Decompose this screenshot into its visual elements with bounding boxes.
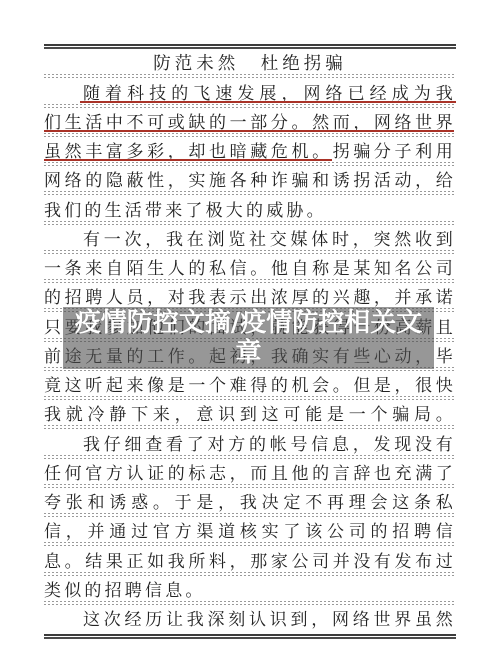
line-text: 的招聘人员，对我表示出浓厚的兴趣，并承诺 xyxy=(44,290,456,307)
line-text: 有一次，我在浏览社交媒体时，突然收到 xyxy=(83,232,456,249)
watermark-text-line1: 疫情防控文摘/疫情防控相关文 xyxy=(75,308,423,338)
line-text: 类似的招聘信息。 xyxy=(44,583,456,600)
line-text: 虽然丰富多彩，却也暗藏危机。拐骗分子利用 xyxy=(44,144,456,161)
line-text: 我仔细查看了对方的帐号信息，发现没有 xyxy=(83,437,456,454)
text-line: 这次经历让我深刻认识到，网络世界虽然 xyxy=(44,605,456,634)
text-line: 虽然丰富多彩，却也暗藏危机。拐骗分子利用 xyxy=(44,137,456,166)
text-line: 们生活中不可或缺的一部分。然而，网络世界 xyxy=(44,108,456,137)
text-line: 随着科技的飞速发展，网络已经成为我 xyxy=(44,78,456,107)
text-line: 网络的隐蔽性，实施各种诈骗和诱拐活动，给 xyxy=(44,166,456,195)
text-line: 夸张和诱惑。于是，我决定不再理会这条私 xyxy=(44,488,456,517)
line-text: 竟这听起来像是一个难得的机会。但是，很快 xyxy=(44,378,456,395)
watermark-overlay: 疫情防控文摘/疫情防控相关文 章 xyxy=(63,307,434,369)
watermark-text-line2: 章 xyxy=(235,338,261,368)
bottom-rule xyxy=(44,634,456,639)
line-text: 任何官方认证的标志，而且他的言辞也充满了 xyxy=(44,466,456,483)
line-text: 网络的隐蔽性，实施各种诈骗和诱拐活动，给 xyxy=(44,173,456,190)
text-line: 类似的招聘信息。 xyxy=(44,576,456,605)
line-text: 随着科技的飞速发展，网络已经成为我 xyxy=(83,86,456,103)
text-line: 我们的生活带来了极大的威胁。 xyxy=(44,195,456,224)
text-line: 任何官方认证的标志，而且他的言辞也充满了 xyxy=(44,459,456,488)
text-line: 我就冷静下来，意识到这可能是一个骗局。 xyxy=(44,400,456,429)
line-text: 一条来自陌生人的私信。他自称是某知名公司 xyxy=(44,261,456,278)
line-text: 息。结果正如我所料，那家公司并没有发布过 xyxy=(44,554,456,571)
line-text: 信，并通过官方渠道核实了该公司的招聘信 xyxy=(44,524,456,541)
text-line: 竟这听起来像是一个难得的机会。但是，很快 xyxy=(44,371,456,400)
text-line: 信，并通过官方渠道核实了该公司的招聘信 xyxy=(44,517,456,546)
line-text: 这次经历让我深刻认识到，网络世界虽然 xyxy=(83,612,456,629)
text-line: 我仔细查看了对方的帐号信息，发现没有 xyxy=(44,429,456,458)
line-text: 我就冷静下来，意识到这可能是一个骗局。 xyxy=(44,407,456,424)
line-text: 们生活中不可或缺的一部分。然而，网络世界 xyxy=(44,115,456,132)
text-line: 一条来自陌生人的私信。他自称是某知名公司 xyxy=(44,254,456,283)
text-line: 有一次，我在浏览社交媒体时，突然收到 xyxy=(44,225,456,254)
page-title-row: 防范未然 杜绝拐骗 xyxy=(44,49,456,78)
text-line: 息。结果正如我所料，那家公司并没有发布过 xyxy=(44,546,456,575)
line-text: 夸张和诱惑。于是，我决定不再理会这条私 xyxy=(44,495,456,512)
line-text: 我们的生活带来了极大的威胁。 xyxy=(44,203,456,220)
page-title: 防范未然 杜绝拐骗 xyxy=(44,56,456,74)
